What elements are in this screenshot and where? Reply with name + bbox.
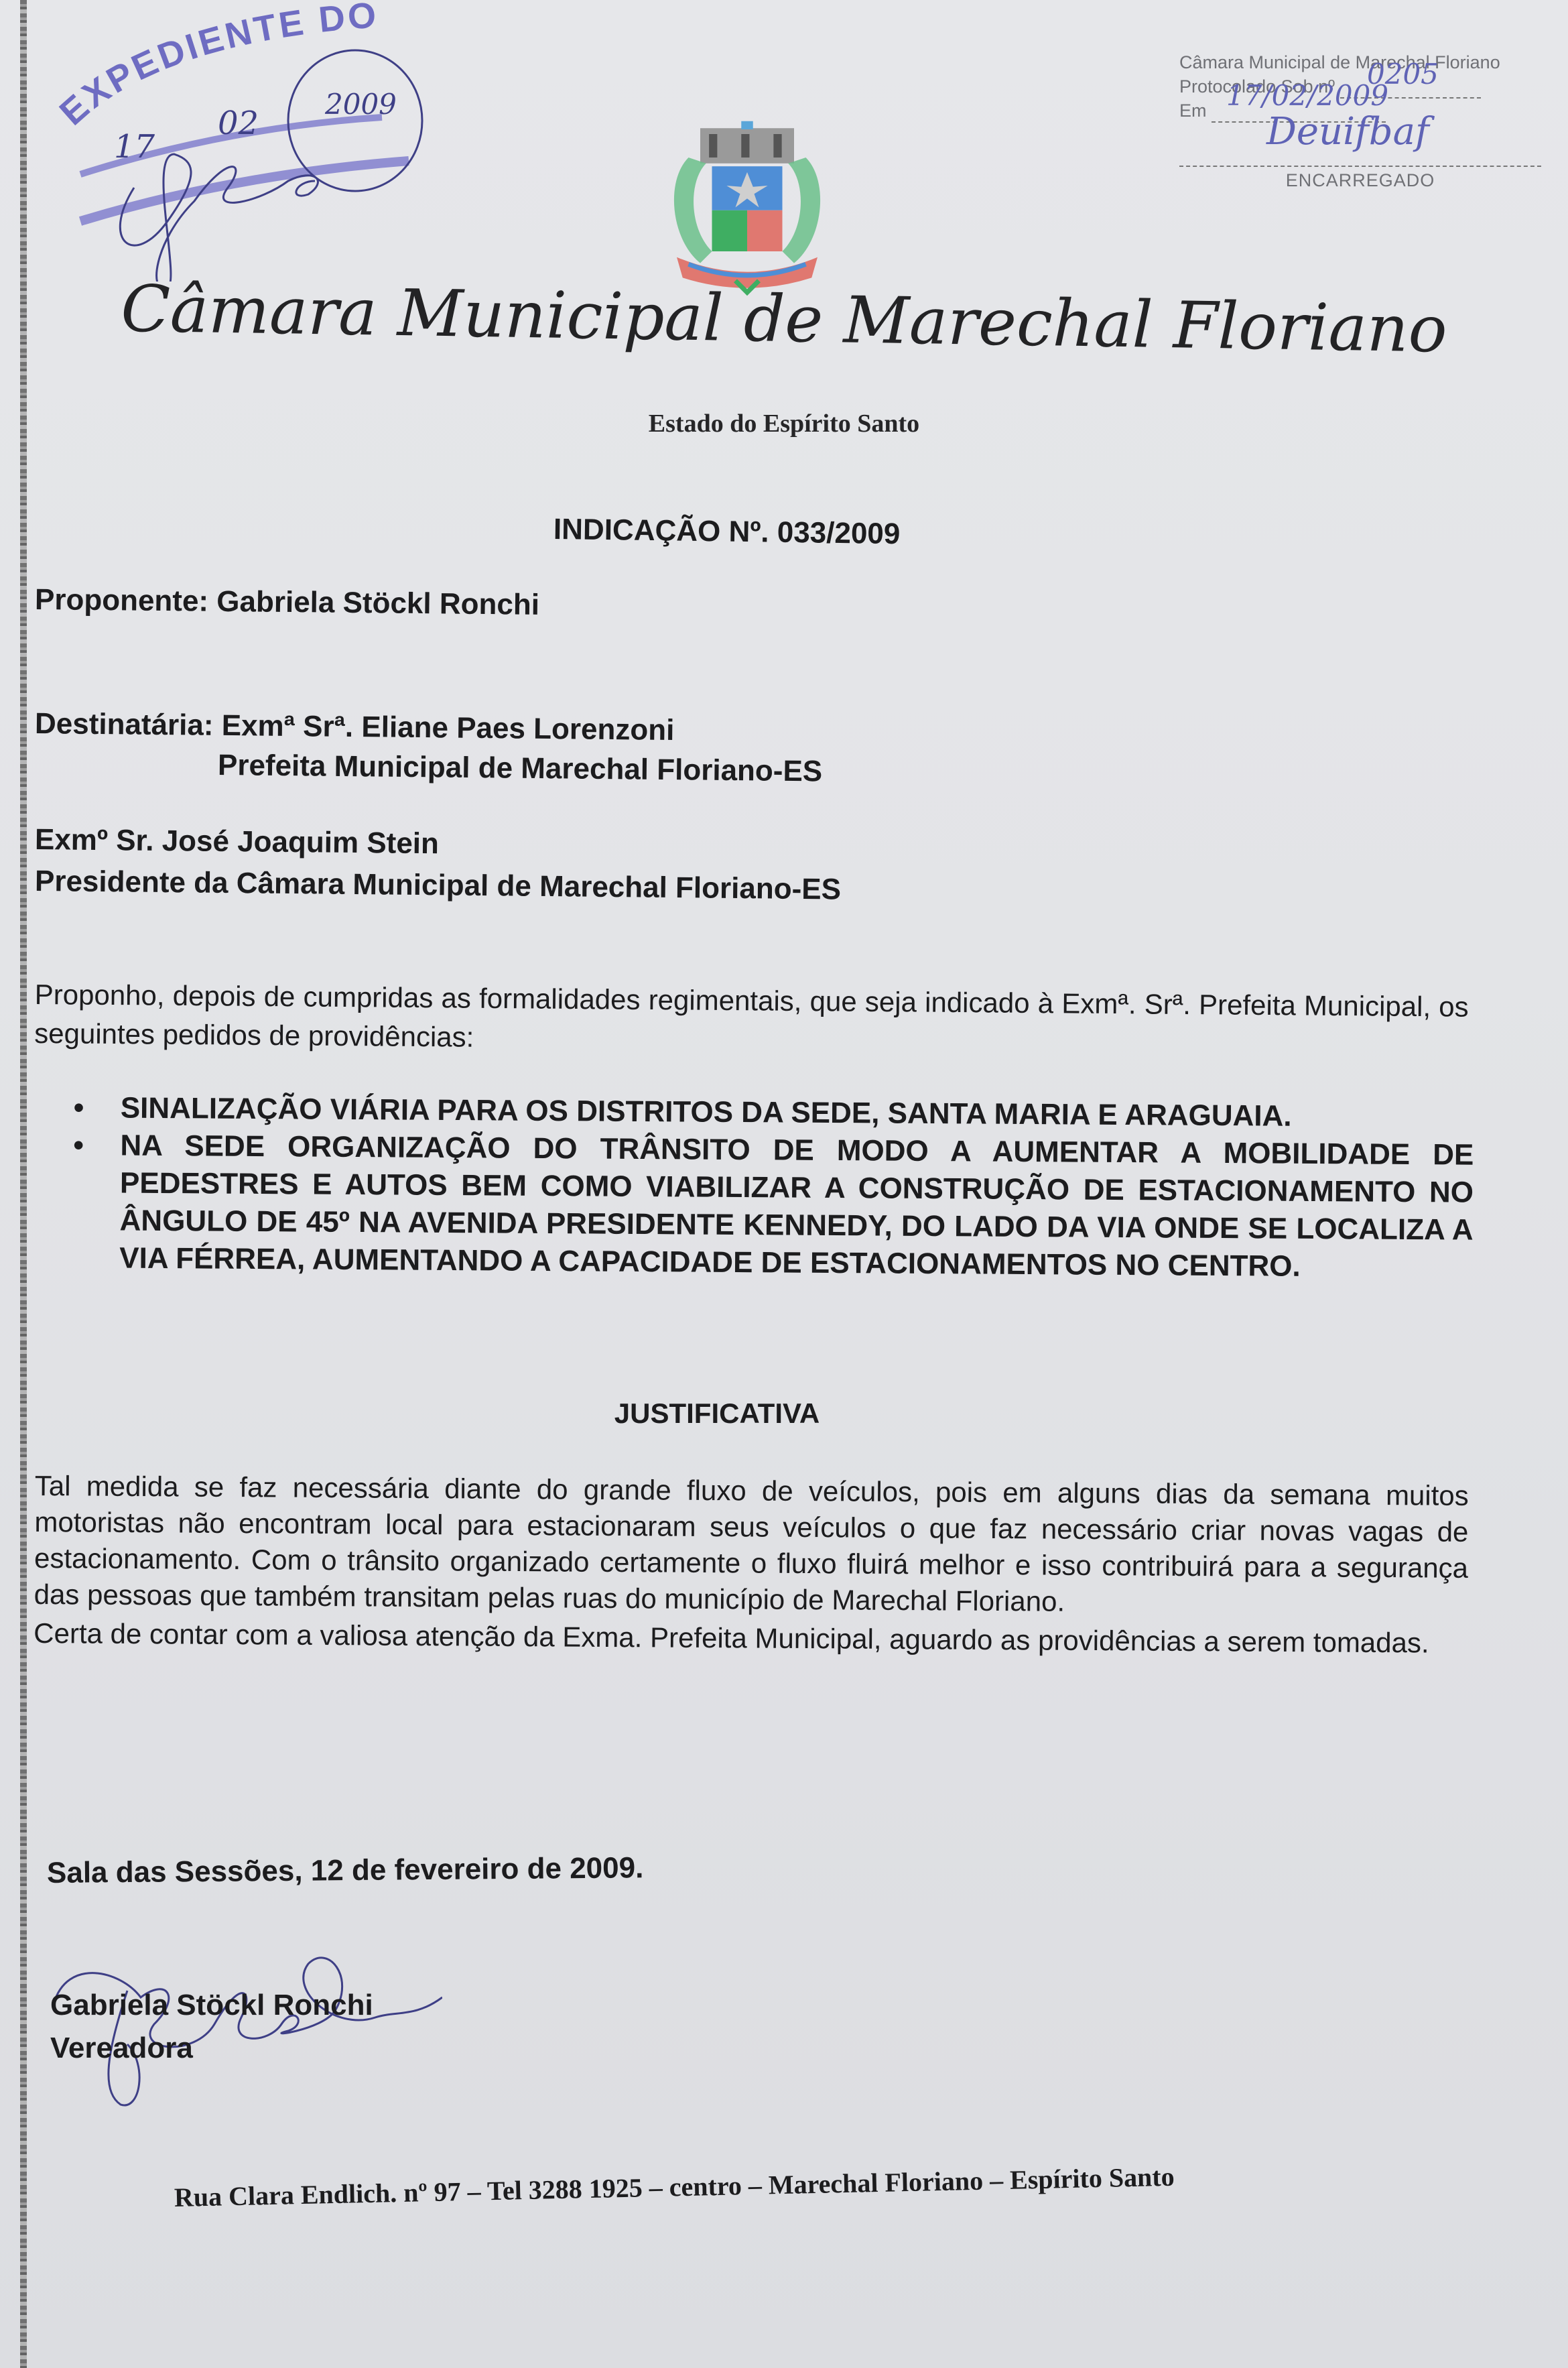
- signer-name: Gabriela Stöckl Ronchi: [50, 1984, 373, 2027]
- expediente-month: 02: [218, 105, 259, 142]
- expediente-day: 17: [114, 128, 155, 166]
- protocol-date-label: Em: [1179, 101, 1207, 121]
- cc-line2: Presidente da Câmara Municipal de Marech…: [35, 865, 841, 907]
- signer-block: Gabriela Stöckl Ronchi Vereadora: [50, 1984, 373, 2070]
- expediente-year: 2009: [324, 88, 397, 121]
- closing-line: Sala das Sessões, 12 de fevereiro de 200…: [47, 1851, 644, 1890]
- bullet-icon: •: [74, 1089, 84, 1127]
- justification-paragraph-2: Certa de contar com a valiosa atenção da…: [34, 1615, 1467, 1662]
- scanned-page: EXPEDIENTE DO DIA 17 02 2009 Câmara Muni…: [0, 0, 1568, 2368]
- coat-of-arms-icon: [653, 104, 841, 305]
- recipient-line2: Prefeita Municipal de Marechal Floriano-…: [218, 749, 823, 788]
- protocol-line1: Câmara Municipal de Marechal Floriano: [1179, 50, 1541, 74]
- document-number: INDICAÇÃO Nº. 033/2009: [553, 513, 901, 551]
- protocol-date: 17/02/2009: [1226, 84, 1388, 108]
- request-item: • NA SEDE ORGANIZAÇÃO DO TRÂNSITO DE MOD…: [66, 1127, 1474, 1287]
- letterhead-subtitle: Estado do Espírito Santo: [0, 409, 1568, 438]
- proponent: Proponente: Gabriela Stöckl Ronchi: [35, 583, 539, 622]
- expediente-stamp: EXPEDIENTE DO DIA 17 02 2009: [0, 0, 469, 282]
- bullet-icon: •: [73, 1127, 84, 1164]
- protocol-stamp: Câmara Municipal de Marechal Floriano Pr…: [1179, 50, 1541, 192]
- protocol-role: ENCARREGADO: [1179, 166, 1541, 192]
- justification-title: JUSTIFICATIVA: [0, 1397, 1434, 1430]
- recipient-line1: Destinatária: Exmª Srª. Eliane Paes Lore…: [35, 707, 675, 747]
- justification-paragraph-1: Tal medida se faz necessária diante do g…: [34, 1468, 1468, 1623]
- protocol-signature: Deuifbaf: [1266, 120, 1429, 144]
- intro-paragraph: Proponho, depois de cumpridas as formali…: [34, 975, 1469, 1066]
- requests-list: • SINALIZAÇÃO VIÁRIA PARA OS DISTRITOS D…: [66, 1089, 1474, 1287]
- binding-edge: [20, 0, 27, 2368]
- footer-address: Rua Clara Endlich. nº 97 – Tel 3288 1925…: [174, 2161, 1175, 2213]
- signer-role: Vereadora: [50, 2027, 373, 2070]
- justification-body: Tal medida se faz necessária diante do g…: [34, 1468, 1469, 1662]
- cc-line1: Exmº Sr. José Joaquim Stein: [35, 823, 439, 861]
- letterhead-title: Câmara Municipal de Marechal Floriano: [0, 269, 1568, 369]
